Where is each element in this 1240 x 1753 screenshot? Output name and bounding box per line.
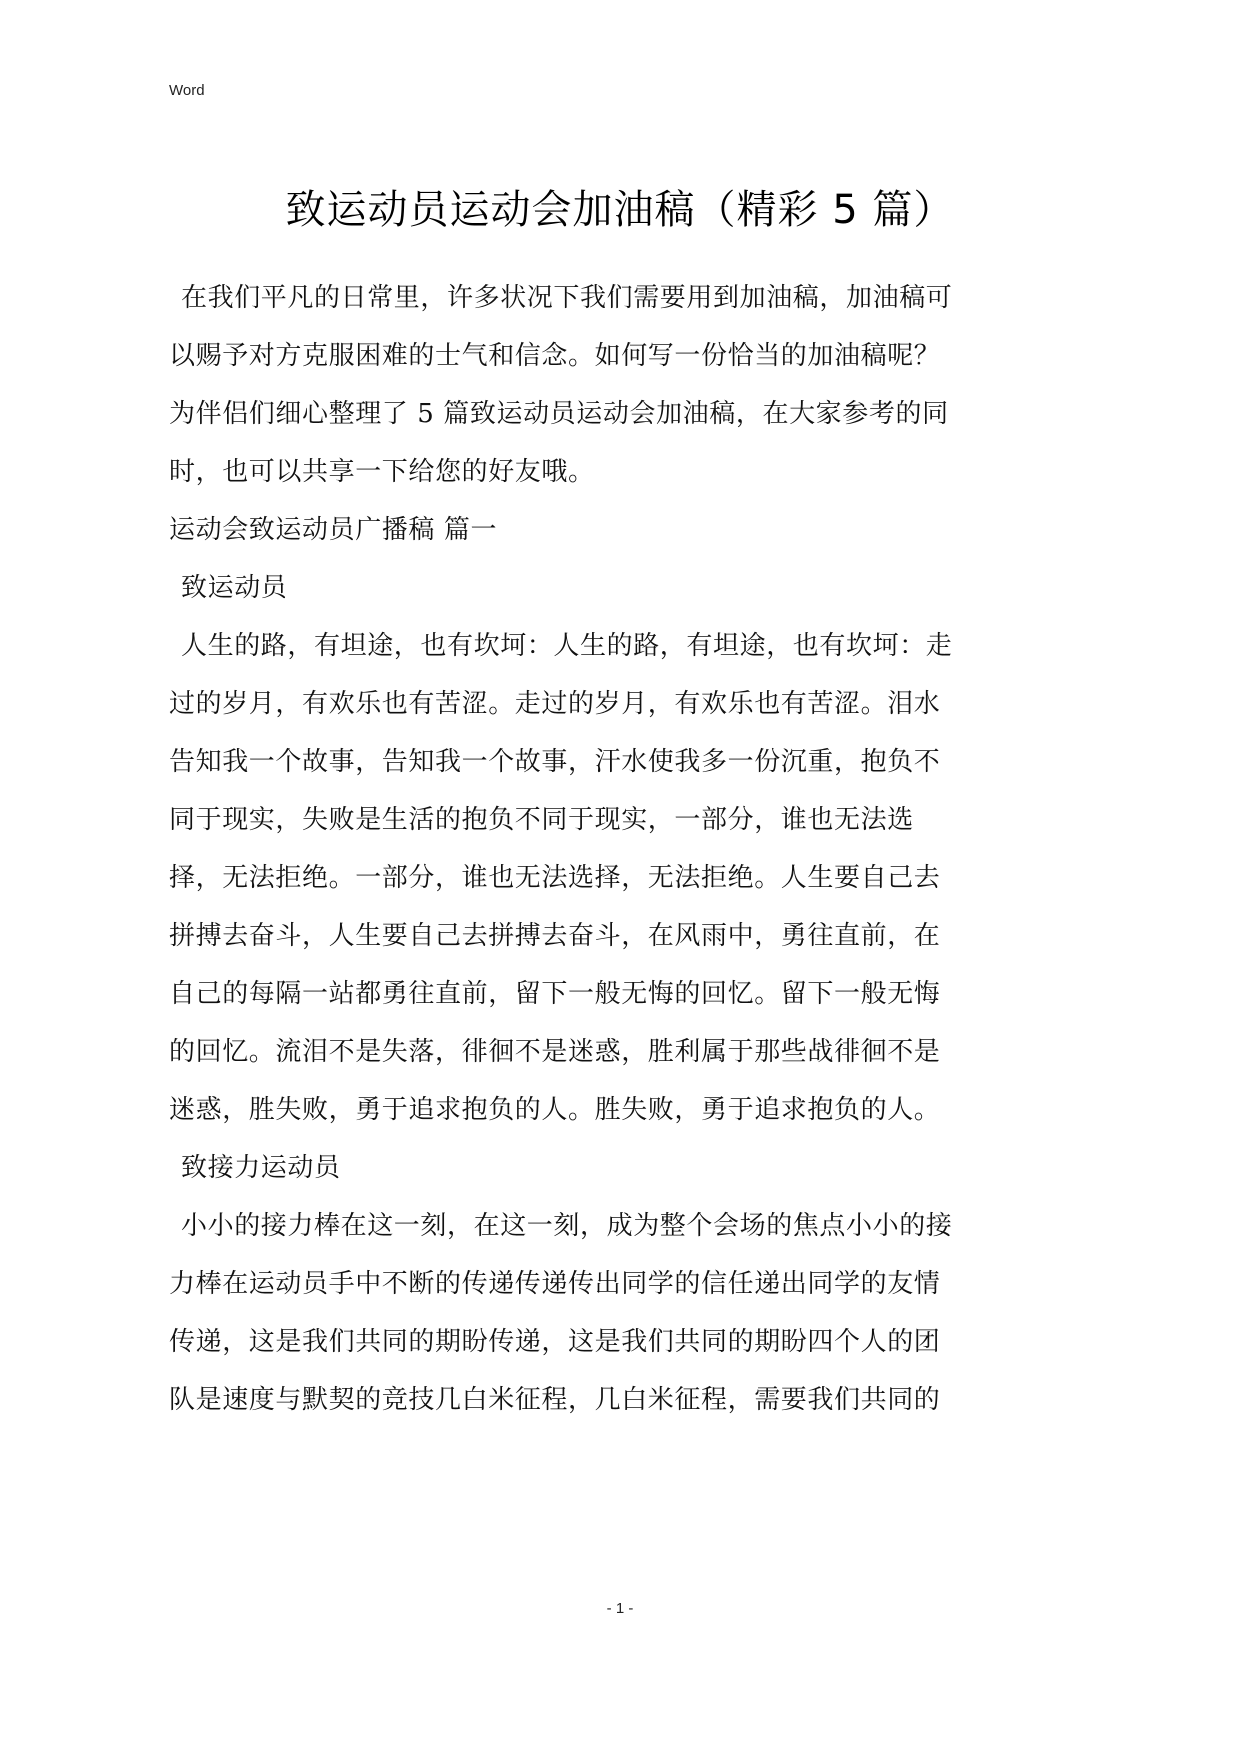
paragraph-line: 传递，这是我们共同的期盼传递，这是我们共同的期盼四个人的团: [169, 1320, 944, 1378]
paragraph-line: 择，无法拒绝。一部分，谁也无法选择，无法拒绝。人生要自己去: [169, 856, 944, 914]
section-heading: 运动会致运动员广播稿 篇一: [169, 508, 944, 566]
paragraph-line: 自己的每隔一站都勇往直前，留下一般无悔的回忆。留下一般无悔: [169, 972, 944, 1030]
paragraph-line: 告知我一个故事，告知我一个故事，汗水使我多一份沉重，抱负不: [169, 740, 944, 798]
header-label: Word: [169, 82, 205, 99]
paragraph-line: 力棒在运动员手中不断的传递传递传出同学的信任递出同学的友情: [169, 1262, 944, 1320]
paragraph-line: 过的岁月，有欢乐也有苦涩。走过的岁月，有欢乐也有苦涩。泪水: [169, 682, 944, 740]
paragraph-line: 拼搏去奋斗，人生要自己去拼搏去奋斗，在风雨中，勇往直前，在: [169, 914, 944, 972]
paragraph-line: 同于现实，失败是生活的抱负不同于现实，一部分，谁也无法选: [169, 798, 944, 856]
paragraph-line: 在我们平凡的日常里，许多状况下我们需要用到加油稿，加油稿可: [169, 276, 944, 334]
paragraph-line: 小小的接力棒在这一刻，在这一刻，成为整个会场的焦点小小的接: [169, 1204, 944, 1262]
paragraph-line: 为伴侣们细心整理了 5 篇致运动员运动会加油稿，在大家参考的同: [169, 392, 944, 450]
paragraph-line: 时，也可以共享一下给您的好友哦。: [169, 450, 944, 508]
page-number: - 1 -: [0, 1600, 1240, 1617]
paragraph-line: 人生的路，有坦途，也有坎坷：人生的路，有坦途，也有坎坷：走: [169, 624, 944, 682]
paragraph-line: 迷惑，胜失败，勇于追求抱负的人。胜失败，勇于追求抱负的人。: [169, 1088, 944, 1146]
subsection-heading: 致运动员: [169, 566, 944, 624]
paragraph-line: 以赐予对方克服困难的士气和信念。如何写一份恰当的加油稿呢？: [169, 334, 944, 392]
document-title: 致运动员运动会加油稿（精彩 5 篇）: [0, 178, 1240, 235]
subsection-heading: 致接力运动员: [169, 1146, 944, 1204]
paragraph-line: 队是速度与默契的竞技几白米征程，几白米征程，需要我们共同的: [169, 1378, 944, 1436]
paragraph-line: 的回忆。流泪不是失落，徘徊不是迷惑，胜利属于那些战徘徊不是: [169, 1030, 944, 1088]
document-body: 在我们平凡的日常里，许多状况下我们需要用到加油稿，加油稿可 以赐予对方克服困难的…: [169, 276, 944, 1436]
